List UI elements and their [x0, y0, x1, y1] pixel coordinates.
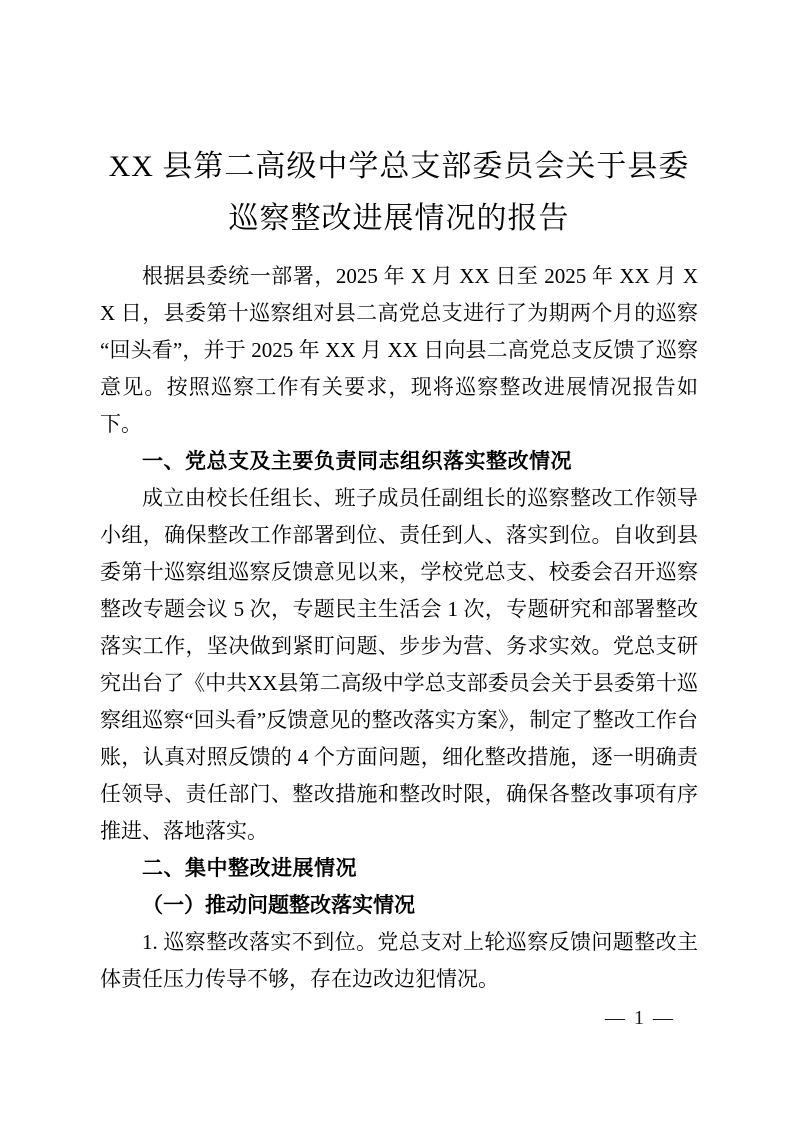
- section-2-heading: 二、集中整改进展情况: [100, 850, 698, 887]
- document-content: XX 县第二高级中学总支部委员会关于县委巡察整改进展情况的报告 根据县委统一部署…: [0, 0, 793, 998]
- document-page: XX 县第二高级中学总支部委员会关于县委巡察整改进展情况的报告 根据县委统一部署…: [0, 0, 793, 1122]
- page-number: — 1 —: [605, 1003, 675, 1033]
- intro-paragraph: 根据县委统一部署，2025 年 X 月 XX 日至 2025 年 XX 月 XX…: [100, 258, 698, 443]
- section-2-subheading: （一）推动问题整改落实情况: [100, 887, 698, 924]
- section-2-item-1-paragraph: 1. 巡察整改落实不到位。党总支对上轮巡察反馈问题整改主体责任压力传导不够，存在…: [100, 924, 698, 998]
- section-1-heading: 一、党总支及主要负责同志组织落实整改情况: [100, 443, 698, 480]
- section-1-paragraph: 成立由校长任组长、班子成员任副组长的巡察整改工作领导小组，确保整改工作部署到位、…: [100, 480, 698, 850]
- document-title: XX 县第二高级中学总支部委员会关于县委巡察整改进展情况的报告: [100, 0, 698, 245]
